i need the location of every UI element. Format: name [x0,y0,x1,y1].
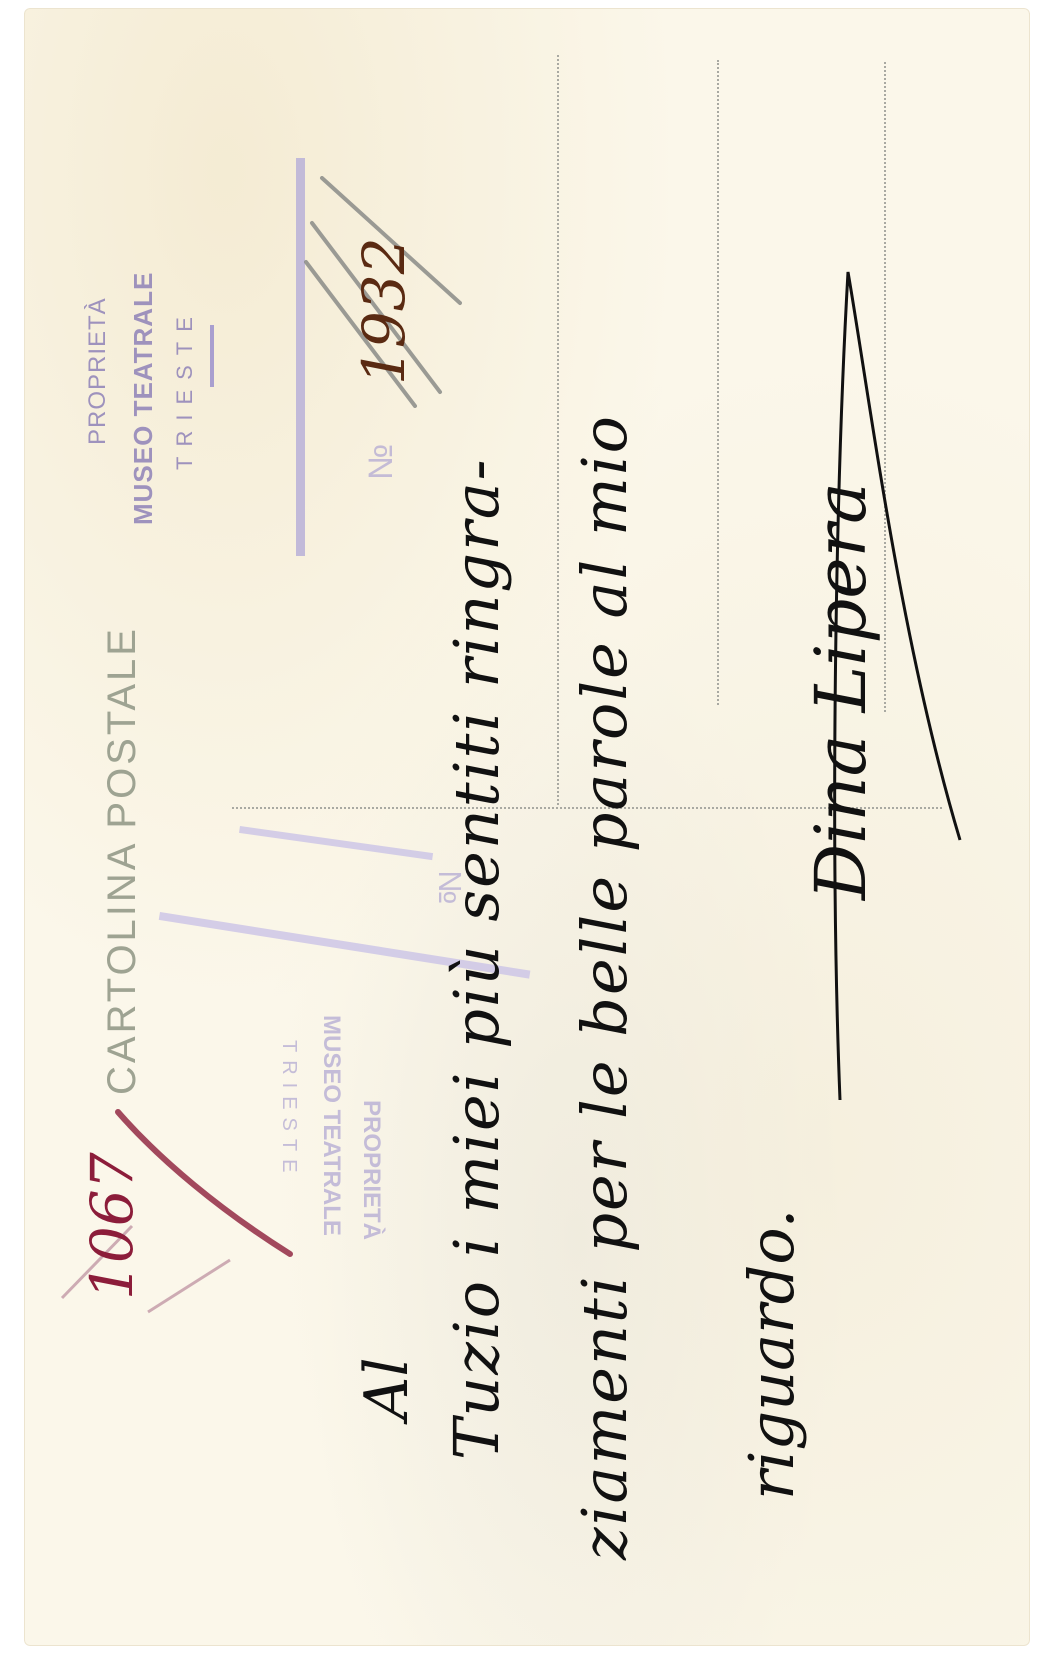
message-line-2: Tuzio i miei più sentiti ringra- [440,457,513,1460]
inventory-number-handwritten: 1067 [78,1152,146,1300]
annotation-strokes [0,0,1039,1655]
year-handwritten: 1932 [350,237,418,385]
message-line-1: Al [352,1357,422,1420]
message-line-3: ziamenti per le belle parole al mio [568,414,641,1560]
signature: Dina Lipera [800,482,882,900]
message-line-4: riguardo. [735,1209,808,1500]
